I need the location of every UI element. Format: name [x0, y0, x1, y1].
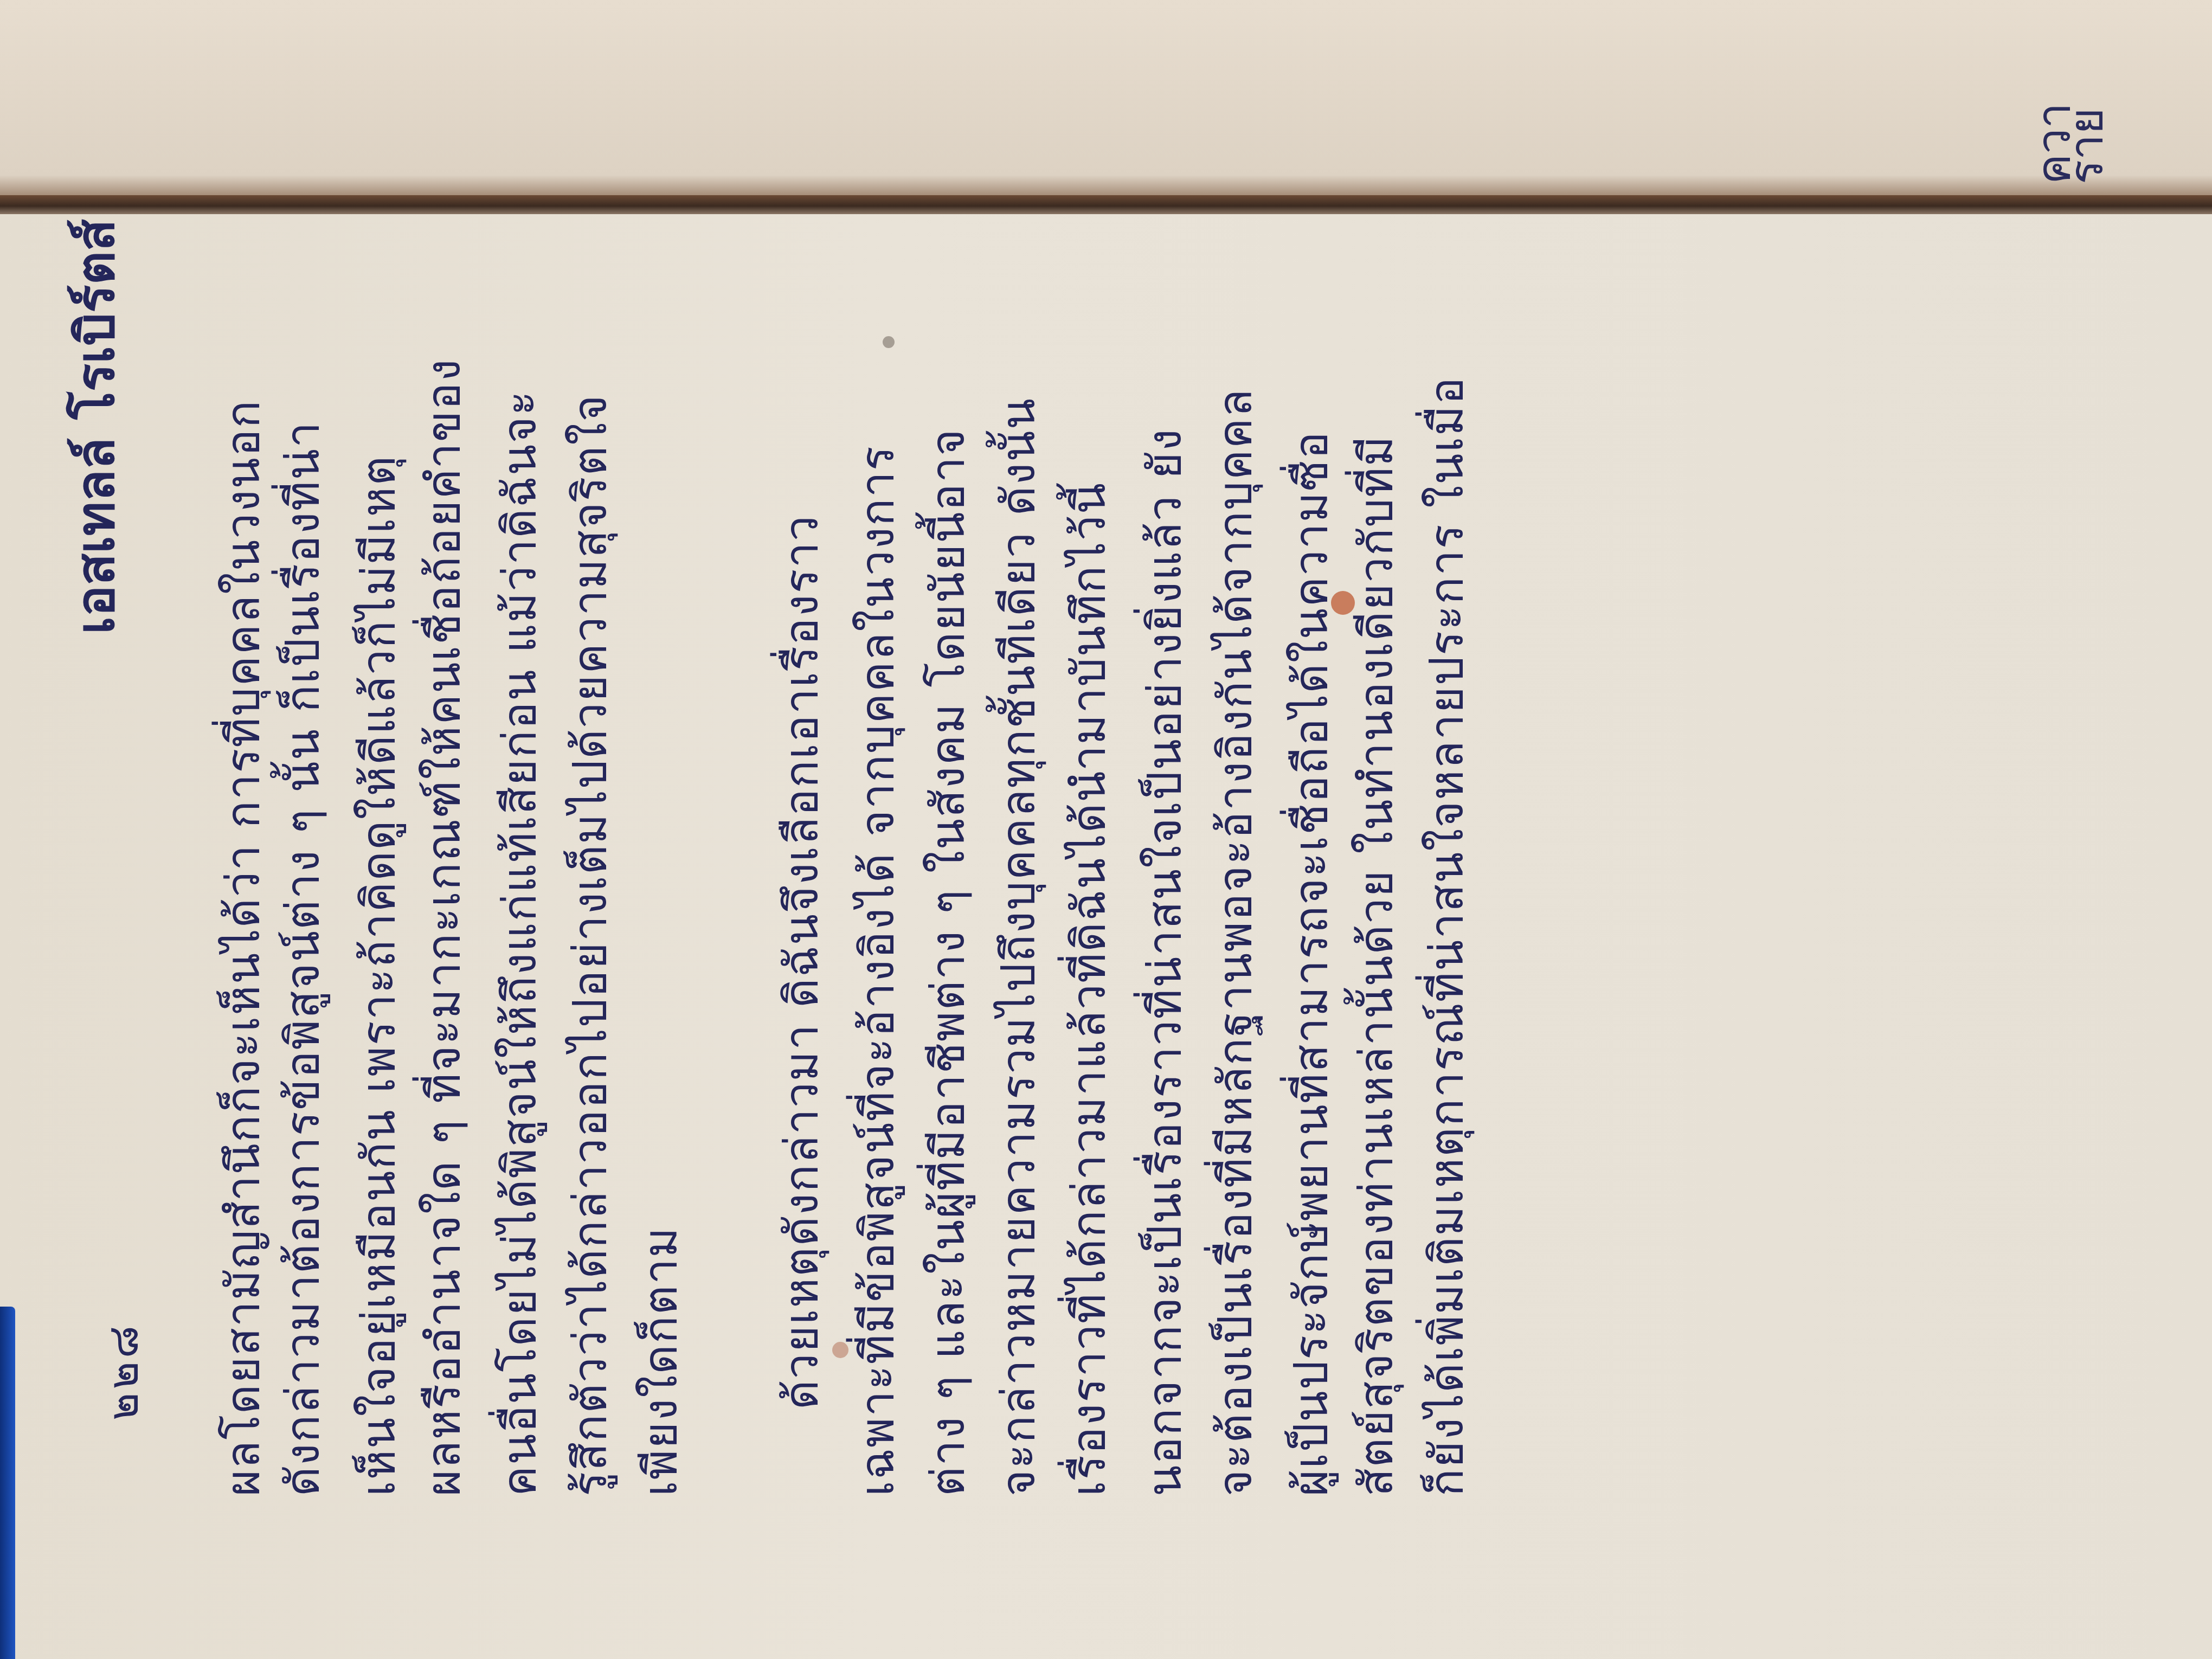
book-gutter	[0, 195, 2212, 217]
text-line: เห็นใจอยู่เหมือนกัน เพราะถ้าคิดดูให้ดีแล…	[342, 455, 414, 1496]
text-line: จะต้องเป็นเรื่องที่มีหลักฐานพอจะอ้างอิงก…	[1198, 388, 1271, 1496]
text-line: นอกจากจะเป็นเรื่องราวที่น่าสนใจเป็นอย่าง…	[1128, 428, 1200, 1496]
facing-text-line: ราย	[2049, 107, 2122, 184]
text-line: จะกล่าวหมายความรวมไปถึงบุคคลทุกชั้นทีเดี…	[981, 397, 1054, 1496]
page-number: ๒๒๘	[89, 1322, 157, 1420]
running-header: เอสเทลล์ โรเบิร์ตส์	[54, 219, 137, 634]
text-line: เรื่องราวที่ได้กล่าวมาแล้วที่ดิฉันได้นำม…	[1052, 482, 1124, 1496]
bookmark-ribbon	[0, 1307, 15, 1659]
text-line: เพียงใดก็ตาม	[623, 1226, 696, 1496]
text-line: รู้สึกตัวว่าได้กล่าวออกไปอย่างเต็มไปด้วย…	[553, 394, 626, 1496]
text-line: ผู้เป็นประจักษ์พยานที่สามารถจะเชื่อถือได…	[1274, 430, 1347, 1496]
stain	[883, 336, 895, 348]
text-line: เฉพาะที่มีข้อพิสูจน์ที่จะอ้างอิงได้ จากบ…	[840, 445, 913, 1496]
text-line: ด้วยเหตุดังกล่าวมา ดิฉันจึงเลือกเอาเรื่อ…	[764, 515, 837, 1410]
text-line: สัตย์สุจริตของท่านเหล่านั้นด้วย ในทำนองเ…	[1339, 435, 1412, 1496]
text-line: ก็ยังได้เพิ่มเติมเหตุการณ์ที่น่าสนใจหลาย…	[1410, 376, 1482, 1496]
photo-stage: ควารายพิมวิญไม่ผู้ไม่มาดังพยเสียดิฉพยเมื…	[0, 0, 2212, 1659]
text-line: ดังกล่าวมาต้องการข้อพิสูจน์ต่าง ๆ นั้น ก…	[266, 421, 338, 1496]
text-line: ผลหรืออำนาจใด ๆ ที่จะมากะเกณฑ์ให้คนเชื่อ…	[407, 358, 479, 1496]
text-line: คนอื่นโดยไม่ได้พิสูจน์ให้ถึงแก่แท้เสียก่…	[483, 390, 555, 1496]
facing-page: ควารายพิมวิญไม่ผู้ไม่มาดังพยเสียดิฉพยเมื…	[0, 0, 2212, 206]
text-line: ต่าง ๆ และในผู้ที่มีอาชีพต่าง ๆ ในสังคม …	[911, 428, 983, 1496]
